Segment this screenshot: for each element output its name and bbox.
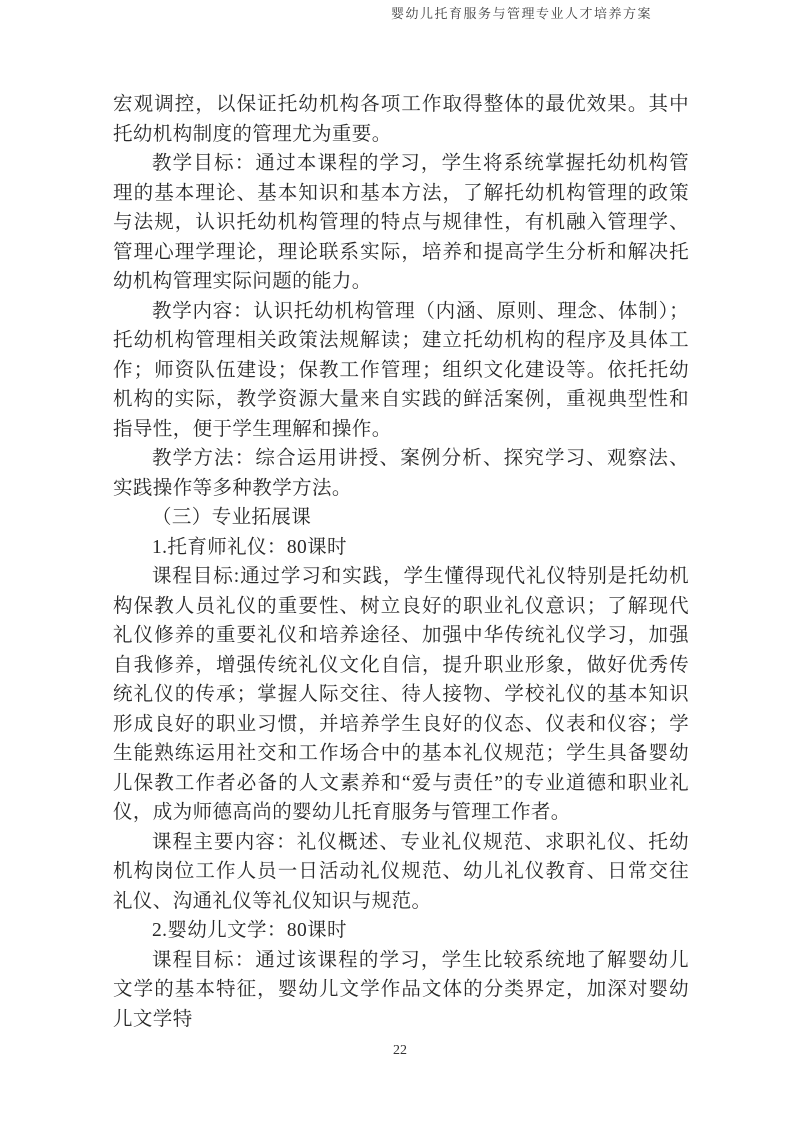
heading-course-2-literature: 2.婴幼儿文学：80课时 <box>113 916 689 946</box>
document-body: 宏观调控，以保证托幼机构各项工作取得整体的最优效果。其中托幼机构制度的管理尤为重… <box>113 90 689 1034</box>
paragraph-course-1-goals: 课程目标:通过学习和实践，学生懂得现代礼仪特别是托幼机构保教人员礼仪的重要性、树… <box>113 562 689 828</box>
paragraph-course-1-content: 课程主要内容：礼仪概述、专业礼仪规范、求职礼仪、托幼机构岗位工作人员一日活动礼仪… <box>113 828 689 917</box>
page-number: 22 <box>0 1043 800 1059</box>
page-header-title: 婴幼儿托育服务与管理专业人才培养方案 <box>0 3 652 22</box>
paragraph-continuation: 宏观调控，以保证托幼机构各项工作取得整体的最优效果。其中托幼机构制度的管理尤为重… <box>113 90 689 149</box>
document-page: 婴幼儿托育服务与管理专业人才培养方案 宏观调控，以保证托幼机构各项工作取得整体的… <box>0 0 800 1130</box>
paragraph-course-2-goals: 课程目标：通过该课程的学习，学生比较系统地了解婴幼儿文学的基本特征，婴幼儿文学作… <box>113 946 689 1035</box>
paragraph-teaching-goals: 教学目标：通过本课程的学习，学生将系统掌握托幼机构管理的基本理论、基本知识和基本… <box>113 149 689 297</box>
heading-extension-courses: （三）专业拓展课 <box>113 503 689 533</box>
heading-course-1-etiquette: 1.托育师礼仪：80课时 <box>113 533 689 563</box>
paragraph-teaching-content: 教学内容：认识托幼机构管理（内涵、原则、理念、体制）；托幼机构管理相关政策法规解… <box>113 297 689 445</box>
paragraph-teaching-methods: 教学方法：综合运用讲授、案例分析、探究学习、观察法、实践操作等多种教学方法。 <box>113 444 689 503</box>
